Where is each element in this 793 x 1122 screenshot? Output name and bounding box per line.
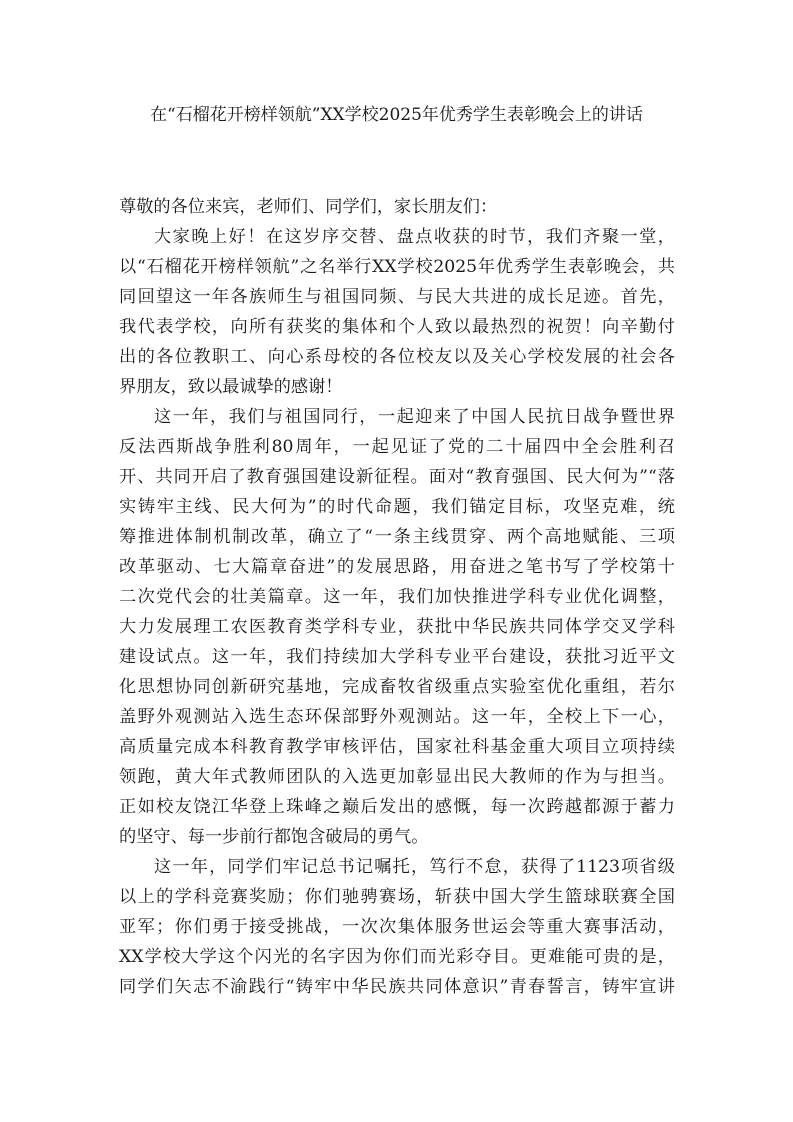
paragraph-2-line-10: 化思想协同创新研究基地，完成畜牧省级重点实验室优化重组，若尔: [119, 672, 675, 702]
paragraph-2-line-13: 领跑，黄大年式教师团队的入选更加彰显出民大教师的作为与担当。: [119, 762, 675, 792]
paragraph-2-line-12: 高质量完成本科教育教学审核评估，国家社科基金重大项目立项持续: [119, 732, 675, 762]
document-body: 尊敬的各位来宾，老师们、同学们，家长朋友们： 大家晚上好！在这岁序交替、盘点收获…: [119, 192, 675, 1002]
paragraph-3-line-4: XX学校大学这个闪光的名字因为你们而光彩夺目。更难能可贵的是，: [119, 942, 675, 972]
paragraph-2-line-8: 大力发展理工农医教育类学科专业，获批中华民族共同体学交叉学科: [119, 612, 675, 642]
paragraph-2-line-15: 的坚守、每一步前行都饱含破局的勇气。: [119, 822, 675, 852]
paragraph-3-line-1: 这一年，同学们牢记总书记嘱托，笃行不怠，获得了1123项省级: [119, 852, 675, 882]
paragraph-1-line-1: 大家晚上好！在这岁序交替、盘点收获的时节，我们齐聚一堂，: [119, 222, 675, 252]
paragraph-2-line-5: 筹推进体制机制改革，确立了“一条主线贯穿、两个高地赋能、三项: [119, 522, 675, 552]
paragraph-2-line-14: 正如校友饶江华登上珠峰之巅后发出的感慨，每一次跨越都源于蓄力: [119, 792, 675, 822]
salutation: 尊敬的各位来宾，老师们、同学们，家长朋友们：: [119, 192, 675, 222]
document-page: 在“石榴花开榜样领航”XX学校2025年优秀学生表彰晚会上的讲话 尊敬的各位来宾…: [0, 0, 793, 1122]
paragraph-1-line-4: 我代表学校，向所有获奖的集体和个人致以最热烈的祝贺！向辛勤付: [119, 312, 675, 342]
paragraph-1-line-5: 出的各位教职工、向心系母校的各位校友以及关心学校发展的社会各: [119, 342, 675, 372]
paragraph-1-line-3: 同回望这一年各族师生与祖国同频、与民大共进的成长足迹。首先，: [119, 282, 675, 312]
paragraph-2-line-9: 建设试点。这一年，我们持续加大学科专业平台建设，获批习近平文: [119, 642, 675, 672]
paragraph-2-line-4: 实铸牢主线、民大何为”的时代命题，我们锚定目标，攻坚克难，统: [119, 492, 675, 522]
paragraph-3-line-3: 亚军；你们勇于接受挑战，一次次集体服务世运会等重大赛事活动，: [119, 912, 675, 942]
paragraph-2-line-6: 改革驱动、七大篇章奋进”的发展思路，用奋进之笔书写了学校第十: [119, 552, 675, 582]
paragraph-2-line-11: 盖野外观测站入选生态环保部野外观测站。这一年，全校上下一心，: [119, 702, 675, 732]
paragraph-1-line-6: 界朋友，致以最诚挚的感谢！: [119, 372, 675, 402]
paragraph-2-line-7: 二次党代会的壮美篇章。这一年，我们加快推进学科专业优化调整，: [119, 582, 675, 612]
paragraph-3-line-2: 以上的学科竞赛奖励；你们驰骋赛场，斩获中国大学生篮球联赛全国: [119, 882, 675, 912]
paragraph-2-line-1: 这一年，我们与祖国同行，一起迎来了中国人民抗日战争暨世界: [119, 402, 675, 432]
paragraph-1-line-2: 以“石榴花开榜样领航”之名举行XX学校2025年优秀学生表彰晚会，共: [119, 252, 675, 282]
paragraph-2-line-2: 反法西斯战争胜利80周年，一起见证了党的二十届四中全会胜利召: [119, 432, 675, 462]
document-title: 在“石榴花开榜样领航”XX学校2025年优秀学生表彰晚会上的讲话: [0, 102, 793, 128]
paragraph-3-line-5: 同学们矢志不渝践行“铸牢中华民族共同体意识”青春誓言，铸牢宣讲: [119, 972, 675, 1002]
paragraph-2-line-3: 开、共同开启了教育强国建设新征程。面对“教育强国、民大何为”“落: [119, 462, 675, 492]
